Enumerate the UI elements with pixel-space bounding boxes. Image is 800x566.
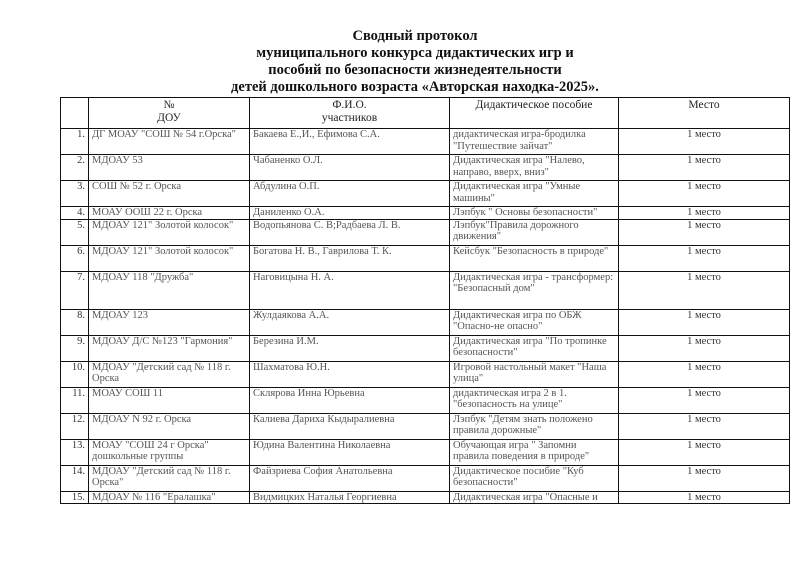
row-number: 1. [61, 129, 89, 155]
row-didactic-aid: Лэпбук"Правила дорожного движения" [450, 219, 619, 245]
row-participants: Березина И.М. [250, 335, 450, 361]
row-participants: Наговицына Н. А. [250, 271, 450, 309]
row-place: 1 место [619, 465, 790, 491]
row-participants: Богатова Н. В., Гаврилова Т. К. [250, 245, 450, 271]
row-place: 1 место [619, 439, 790, 465]
row-number: 12. [61, 413, 89, 439]
row-participants: Юдина Валентина Николаевна [250, 439, 450, 465]
header-fio-line1: Ф.И.О. [253, 99, 446, 112]
row-dou: МДОАУ "Детский сад № 118 г. Орска [89, 361, 250, 387]
header-dou: № ДОУ [89, 98, 250, 129]
row-place: 1 место [619, 387, 790, 413]
row-number: 7. [61, 271, 89, 309]
row-number: 4. [61, 207, 89, 220]
row-place: 1 место [619, 491, 790, 504]
table-row: 2.МДОАУ 53Чабаненко О.Л.Дидактическая иг… [61, 155, 790, 181]
results-table: № ДОУ Ф.И.О. участников Дидактическое по… [60, 97, 790, 504]
row-place: 1 место [619, 361, 790, 387]
row-didactic-aid: Дидактическая игра "По тропинке безопасн… [450, 335, 619, 361]
row-didactic-aid: Дидактическая игра по ОБЖ "Опасно-не опа… [450, 309, 619, 335]
row-didactic-aid: Дидактическая игра - трансформер: "Безоп… [450, 271, 619, 309]
row-dou: МДОАУ N 92 г. Орска [89, 413, 250, 439]
row-place: 1 место [619, 335, 790, 361]
table-row: 14.МДОАУ "Детский сад № 118 г. Орска"Фай… [61, 465, 790, 491]
table-row: 10.МДОАУ "Детский сад № 118 г. ОрскаШахм… [61, 361, 790, 387]
row-place: 1 место [619, 129, 790, 155]
row-place: 1 место [619, 219, 790, 245]
row-dou: МОАУ "СОШ 24 г Орска" дошкольные группы [89, 439, 250, 465]
row-dou: СОШ № 52 г. Орска [89, 181, 250, 207]
document-title: Сводный протокол муниципального конкурса… [0, 28, 800, 96]
table-row: 9.МДОАУ Д/С №123 "Гармония"Березина И.М.… [61, 335, 790, 361]
row-didactic-aid: Лэпбук "Детям знать положено правила дор… [450, 413, 619, 439]
row-dou: МДОАУ 53 [89, 155, 250, 181]
row-number: 10. [61, 361, 89, 387]
row-number: 15. [61, 491, 89, 504]
title-line-1: Сводный протокол [0, 28, 800, 45]
row-number: 8. [61, 309, 89, 335]
table-row: 8.МДОАУ 123Жулдаякова А.А.Дидактическая … [61, 309, 790, 335]
row-number: 5. [61, 219, 89, 245]
row-participants: Шахматова Ю.Н. [250, 361, 450, 387]
row-participants: Даниленко О.А. [250, 207, 450, 220]
row-participants: Водопьянова С. В;Радбаева Л. В. [250, 219, 450, 245]
row-participants: Бакаева Е.,И., Ефимова С.А. [250, 129, 450, 155]
header-fio-line2: участников [253, 112, 446, 125]
row-place: 1 место [619, 155, 790, 181]
row-place: 1 место [619, 413, 790, 439]
row-dou: МДОАУ "Детский сад № 118 г. Орска" [89, 465, 250, 491]
row-participants: Склярова Инна Юрьевна [250, 387, 450, 413]
row-dou: МДОАУ 121" Золотой колосок" [89, 245, 250, 271]
row-number: 2. [61, 155, 89, 181]
title-line-3: пособий по безопасности жизнедеятельност… [0, 62, 800, 79]
row-place: 1 место [619, 245, 790, 271]
row-dou: МОАУ ООШ 22 г. Орска [89, 207, 250, 220]
row-didactic-aid: Лэпбук " Основы безопасности" [450, 207, 619, 220]
row-number: 6. [61, 245, 89, 271]
row-dou: МОАУ СОШ 11 [89, 387, 250, 413]
row-participants: Чабаненко О.Л. [250, 155, 450, 181]
row-dou: МДОАУ 118 "Дружба" [89, 271, 250, 309]
row-didactic-aid: Дидактическая игра "Налево, направо, вве… [450, 155, 619, 181]
table-row: 15.МДОАУ № 116 "Ералашка"Видмицких Натал… [61, 491, 790, 504]
row-participants: Видмицких Наталья Георгиевна [250, 491, 450, 504]
row-place: 1 место [619, 207, 790, 220]
row-participants: Файзриева София Анатольевна [250, 465, 450, 491]
table-row: 12.МДОАУ N 92 г. ОрскаКалиева Дариха Кыд… [61, 413, 790, 439]
table-row: 11.МОАУ СОШ 11Склярова Инна Юрьевнадидак… [61, 387, 790, 413]
row-didactic-aid: дидактическая игра 2 в 1. "безопасность … [450, 387, 619, 413]
table-row: 4.МОАУ ООШ 22 г. ОрскаДаниленко О.А.Лэпб… [61, 207, 790, 220]
row-number: 13. [61, 439, 89, 465]
row-place: 1 место [619, 271, 790, 309]
row-number: 3. [61, 181, 89, 207]
row-didactic-aid: Кейсбук "Безопасность в природе" [450, 245, 619, 271]
row-participants: Жулдаякова А.А. [250, 309, 450, 335]
row-dou: МДОАУ 121" Золотой колосок" [89, 219, 250, 245]
row-dou: МДОАУ № 116 "Ералашка" [89, 491, 250, 504]
title-line-4: детей дошкольного возраста «Авторская на… [0, 79, 800, 96]
header-fio: Ф.И.О. участников [250, 98, 450, 129]
header-place: Место [619, 98, 790, 129]
table-row: 13.МОАУ "СОШ 24 г Орска" дошкольные груп… [61, 439, 790, 465]
row-didactic-aid: Игровой настольный макет "Наша улица" [450, 361, 619, 387]
header-index [61, 98, 89, 129]
title-line-2: муниципального конкурса дидактических иг… [0, 45, 800, 62]
row-didactic-aid: Дидактическое посибие "Куб безопасности" [450, 465, 619, 491]
row-participants: Абдулина О.П. [250, 181, 450, 207]
table-header-row: № ДОУ Ф.И.О. участников Дидактическое по… [61, 98, 790, 129]
table-row: 6.МДОАУ 121" Золотой колосок"Богатова Н.… [61, 245, 790, 271]
header-dou-line1: № [92, 99, 246, 112]
table-row: 1.ДГ МОАУ "СОШ № 54 г.Орска"Бакаева Е.,И… [61, 129, 790, 155]
row-place: 1 место [619, 309, 790, 335]
row-dou: МДОАУ Д/С №123 "Гармония" [89, 335, 250, 361]
header-dou-line2: ДОУ [92, 112, 246, 125]
row-didactic-aid: дидактическая игра-бродилка "Путешествие… [450, 129, 619, 155]
row-dou: ДГ МОАУ "СОШ № 54 г.Орска" [89, 129, 250, 155]
row-didactic-aid: Дидактическая игра "Опасные и [450, 491, 619, 504]
table-row: 5.МДОАУ 121" Золотой колосок"Водопьянова… [61, 219, 790, 245]
row-dou: МДОАУ 123 [89, 309, 250, 335]
row-number: 14. [61, 465, 89, 491]
row-number: 11. [61, 387, 89, 413]
row-place: 1 место [619, 181, 790, 207]
row-didactic-aid: Обучающая игра " Запомни правила поведен… [450, 439, 619, 465]
table-row: 7.МДОАУ 118 "Дружба"Наговицына Н. А.Дида… [61, 271, 790, 309]
row-number: 9. [61, 335, 89, 361]
row-participants: Калиева Дариха Кыдыралиевна [250, 413, 450, 439]
table-row: 3.СОШ № 52 г. ОрскаАбдулина О.П.Дидактич… [61, 181, 790, 207]
row-didactic-aid: Дидактическая игра "Умные машины" [450, 181, 619, 207]
header-aid: Дидактическое пособие [450, 98, 619, 129]
